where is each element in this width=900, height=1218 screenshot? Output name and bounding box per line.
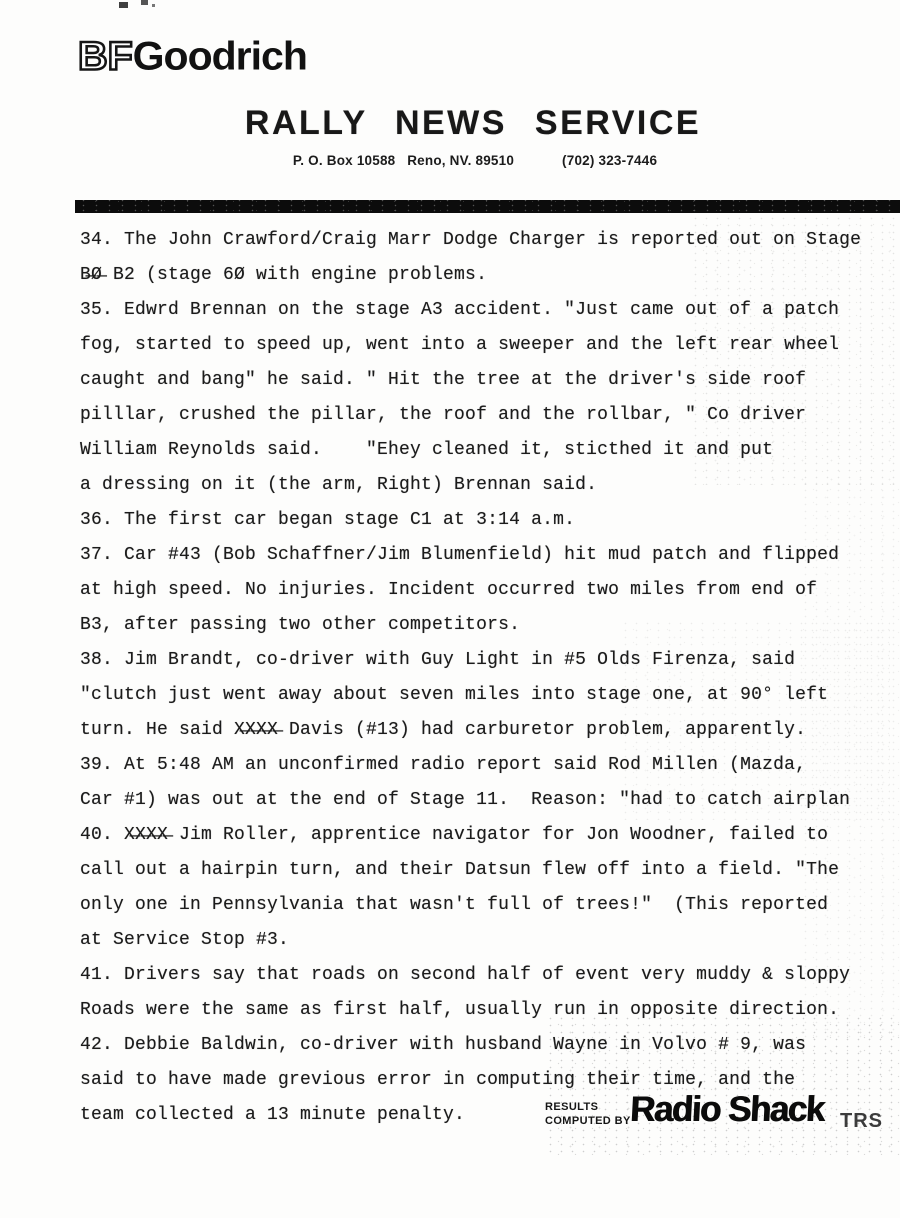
text-line: turn. He said X̶X̶X̶X̶ Davis (#13) had c… [80,713,896,748]
text-line: B̶Ø̶ B2 (stage 6Ø with engine problems. [80,258,896,293]
scan-artifact [119,2,128,8]
text-line: 34. The John Crawford/Craig Marr Dodge C… [80,223,896,258]
logo-bf-outline: BF [78,33,133,78]
text-line: 38. Jim Brandt, co-driver with Guy Light… [80,643,896,678]
scanned-page: BFGoodrich RALLY NEWS SERVICE P. O. Box … [0,0,900,1218]
text-line: B3, after passing two other competitors. [80,608,896,643]
text-line: 40. X̶X̶X̶X̶ Jim Roller, apprentice navi… [80,818,896,853]
text-line: 35. Edwrd Brennan on the stage A3 accide… [80,293,896,328]
logo-goodrich: Goodrich [133,33,307,78]
radio-shack-logo: Radio Shack [629,1090,825,1131]
text-line: Car #1) was out at the end of Stage 11. … [80,783,896,818]
text-line: at high speed. No injuries. Incident occ… [80,573,896,608]
bulletin-body: 34. The John Crawford/Craig Marr Dodge C… [80,223,896,1133]
text-line: 39. At 5:48 AM an unconfirmed radio repo… [80,748,896,783]
scan-artifact [152,4,155,7]
text-line: caught and bang" he said. " Hit the tree… [80,363,896,398]
text-line: William Reynolds said. "Ehey cleaned it,… [80,433,896,468]
body-lines: 34. The John Crawford/Craig Marr Dodge C… [80,223,896,1133]
text-line: fog, started to speed up, went into a sw… [80,328,896,363]
trs-label: TRS [840,1110,883,1133]
text-line: "clutch just went away about seven miles… [80,678,896,713]
scan-artifact [141,0,148,5]
text-line: at Service Stop #3. [80,923,896,958]
text-line: 37. Car #43 (Bob Schaffner/Jim Blumenfie… [80,538,896,573]
text-line: 42. Debbie Baldwin, co-driver with husba… [80,1028,896,1063]
address-line: P. O. Box 10588 Reno, NV. 89510 (702) 32… [25,153,900,168]
phone-number: (702) 323-7446 [562,153,657,168]
text-line: a dressing on it (the arm, Right) Brenna… [80,468,896,503]
bfgoodrich-logo: BFGoodrich [78,36,307,76]
results-label: RESULTS [545,1101,631,1115]
divider-bar [75,200,900,213]
text-line: pilllar, crushed the pillar, the roof an… [80,398,896,433]
results-computed-by-label: RESULTS COMPUTED BY [545,1101,631,1128]
text-line: only one in Pennsylvania that wasn't ful… [80,888,896,923]
text-line: Roads were the same as first half, usual… [80,993,896,1028]
po-box-address: P. O. Box 10588 Reno, NV. 89510 [293,153,514,168]
text-line: call out a hairpin turn, and their Datsu… [80,853,896,888]
page-title: RALLY NEWS SERVICE [23,104,900,143]
text-line: 36. The first car began stage C1 at 3:14… [80,503,896,538]
computed-by-label: COMPUTED BY [545,1115,631,1129]
text-line: 41. Drivers say that roads on second hal… [80,958,896,993]
